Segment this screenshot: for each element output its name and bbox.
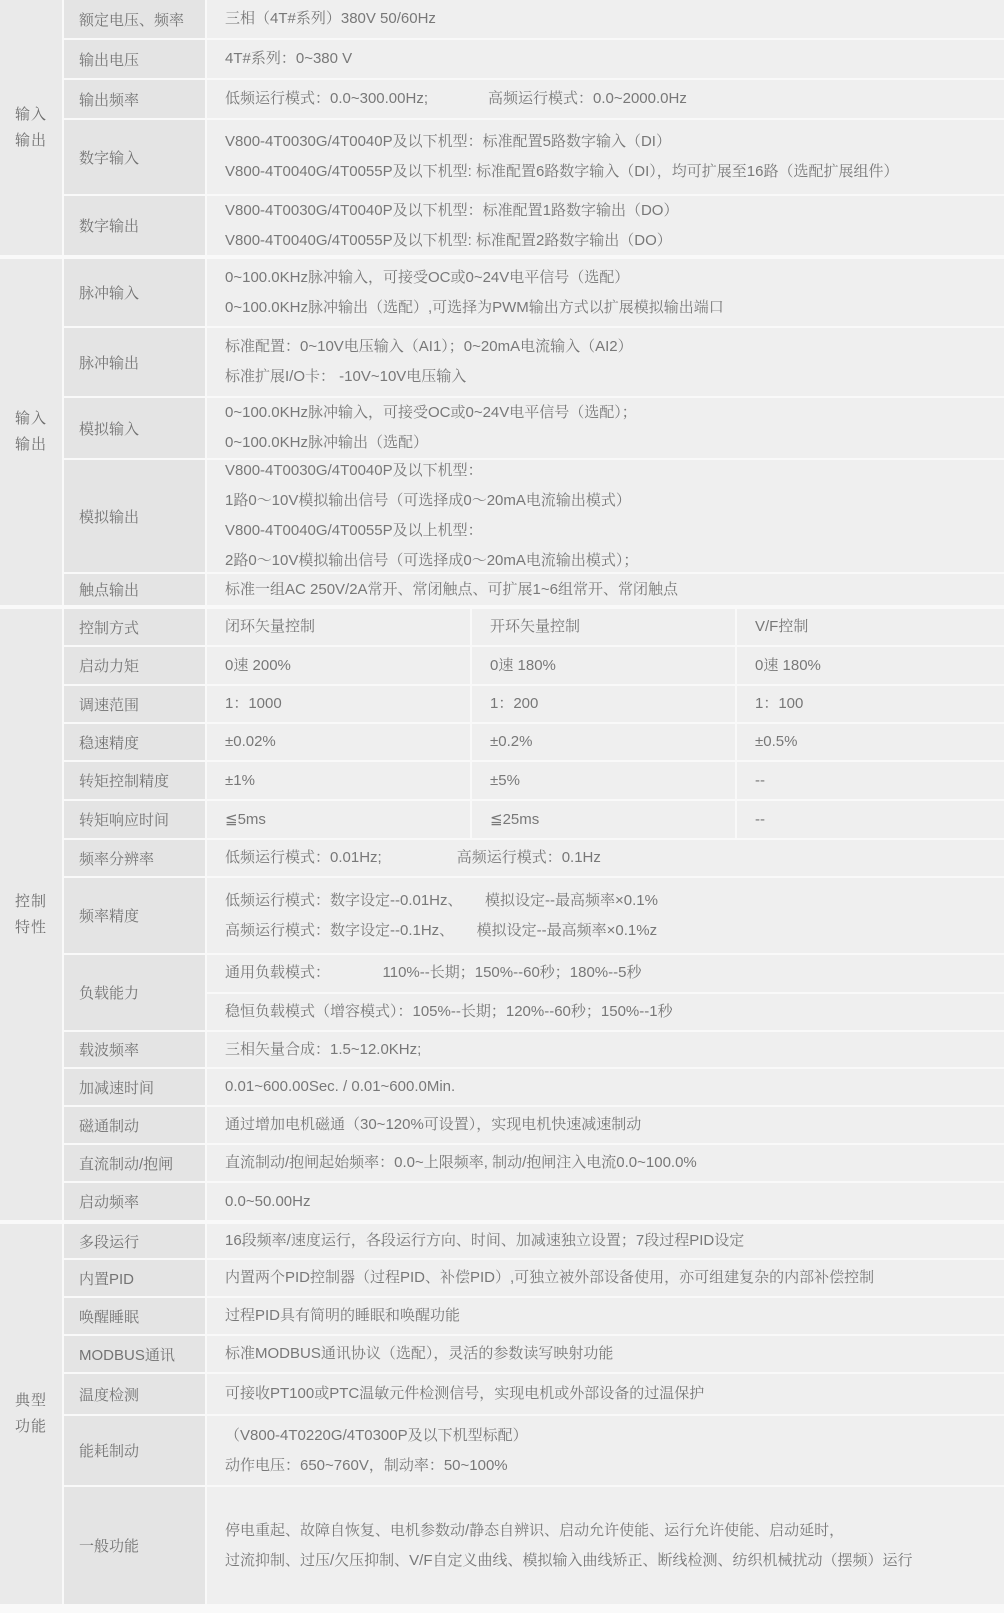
table-row: 调速范围1：10001：2001：100 — [64, 686, 1004, 722]
row-value: 低频运行模式：数字设定--0.01Hz、 模拟设定--最高频率×0.1%高频运行… — [207, 878, 1004, 953]
row-value: 1：1000 — [207, 686, 470, 722]
table-row: 负载能力通用负载模式： 110%--长期；150%--60秒；180%--5秒稳… — [64, 955, 1004, 1030]
row-value: -- — [737, 762, 1004, 799]
row-value: ±1% — [207, 762, 470, 799]
row-label: 转矩响应时间 — [64, 801, 205, 838]
row-label: 控制方式 — [64, 609, 205, 645]
row-value: 通过增加电机磁通（30~120%可设置），实现电机快速减速制动 — [207, 1107, 1004, 1143]
row-label: 输出频率 — [64, 80, 205, 118]
table-row: 温度检测可接收PT100或PTC温敏元件检测信号，实现电机或外部设备的过温保护 — [64, 1374, 1004, 1414]
table-row: 转矩响应时间≦5ms≦25ms-- — [64, 801, 1004, 838]
row-label: 启动频率 — [64, 1183, 205, 1220]
table-row: 内置PID内置两个PID控制器（过程PID、补偿PID）,可独立被外部设备使用，… — [64, 1260, 1004, 1296]
spec-section: 输入输出脉冲输入0~100.0KHz脉冲输入，可接受OC或0~24V电平信号（选… — [0, 259, 1004, 605]
row-label: 调速范围 — [64, 686, 205, 722]
row-label: 直流制动/抱闸 — [64, 1145, 205, 1181]
row-value: 可接收PT100或PTC温敏元件检测信号，实现电机或外部设备的过温保护 — [207, 1374, 1004, 1414]
row-label: 转矩控制精度 — [64, 762, 205, 799]
section-category-label: 控制特性 — [0, 609, 62, 1220]
row-label: 数字输出 — [64, 196, 205, 255]
row-label: 载波频率 — [64, 1032, 205, 1067]
row-value: 16段频率/速度运行，各段运行方向、时间、加减速独立设置；7段过程PID设定 — [207, 1224, 1004, 1258]
row-value: ≦5ms — [207, 801, 470, 838]
row-value: ±5% — [472, 762, 735, 799]
table-row: 额定电压、频率三相（4T#系列）380V 50/60Hz — [64, 0, 1004, 38]
row-value: V/F控制 — [737, 609, 1004, 645]
table-row: 载波频率三相矢量合成：1.5~12.0KHz; — [64, 1032, 1004, 1067]
row-label: MODBUS通讯 — [64, 1336, 205, 1372]
section-rows: 脉冲输入0~100.0KHz脉冲输入，可接受OC或0~24V电平信号（选配）0~… — [64, 259, 1004, 605]
row-label: 磁通制动 — [64, 1107, 205, 1143]
row-value: 0速 180% — [737, 647, 1004, 684]
row-label: 输出电压 — [64, 40, 205, 78]
row-label: 模拟输出 — [64, 460, 205, 572]
row-value: 0.01~600.00Sec. / 0.01~600.0Min. — [207, 1069, 1004, 1105]
row-value: V800-4T0030G/4T0040P及以下机型：标准配置5路数字输入（DI）… — [207, 120, 1004, 194]
row-value: ≦25ms — [472, 801, 735, 838]
row-value: 过程PID具有简明的睡眠和唤醒功能 — [207, 1298, 1004, 1334]
section-rows: 额定电压、频率三相（4T#系列）380V 50/60Hz输出电压4T#系列：0~… — [64, 0, 1004, 255]
table-row: 一般功能停电重起、故障自恢复、电机参数动/静态自辨识、启动允许使能、运行允许使能… — [64, 1487, 1004, 1604]
row-value: 三相矢量合成：1.5~12.0KHz; — [207, 1032, 1004, 1067]
row-label: 温度检测 — [64, 1374, 205, 1414]
spec-section: 输入输出额定电压、频率三相（4T#系列）380V 50/60Hz输出电压4T#系… — [0, 0, 1004, 255]
table-row: 能耗制动（V800-4T0220G/4T0300P及以下机型标配）动作电压：65… — [64, 1416, 1004, 1485]
table-row: 触点输出标准一组AC 250V/2A常开、常闭触点、可扩展1~6组常开、常闭触点 — [64, 574, 1004, 605]
section-category-label: 输入输出 — [0, 259, 62, 605]
table-row: 输出频率低频运行模式：0.0~300.00Hz; 高频运行模式：0.0~2000… — [64, 80, 1004, 118]
row-value: 标准一组AC 250V/2A常开、常闭触点、可扩展1~6组常开、常闭触点 — [207, 574, 1004, 605]
table-row: 启动力矩0速 200%0速 180%0速 180% — [64, 647, 1004, 684]
row-value: 低频运行模式：0.01Hz; 高频运行模式：0.1Hz — [207, 840, 1004, 876]
row-label: 数字输入 — [64, 120, 205, 194]
row-label: 能耗制动 — [64, 1416, 205, 1485]
table-row: 直流制动/抱闸直流制动/抱闸起始频率：0.0~上限频率, 制动/抱闸注入电流0.… — [64, 1145, 1004, 1181]
table-row: 频率精度低频运行模式：数字设定--0.01Hz、 模拟设定--最高频率×0.1%… — [64, 878, 1004, 953]
table-row: 数字输出V800-4T0030G/4T0040P及以下机型：标准配置1路数字输出… — [64, 196, 1004, 255]
table-row: 多段运行16段频率/速度运行，各段运行方向、时间、加减速独立设置；7段过程PID… — [64, 1224, 1004, 1258]
table-row: 启动频率0.0~50.00Hz — [64, 1183, 1004, 1220]
table-row: 控制方式闭环矢量控制开环矢量控制V/F控制 — [64, 609, 1004, 645]
row-label: 频率精度 — [64, 878, 205, 953]
row-value: ±0.2% — [472, 724, 735, 760]
row-value: 稳恒负载模式（增容模式）：105%--长期；120%--60秒；150%--1秒 — [207, 994, 1004, 1031]
table-row: 数字输入V800-4T0030G/4T0040P及以下机型：标准配置5路数字输入… — [64, 120, 1004, 194]
row-value: ±0.02% — [207, 724, 470, 760]
row-value: 0~100.0KHz脉冲输入，可接受OC或0~24V电平信号（选配）0~100.… — [207, 259, 1004, 326]
row-value: -- — [737, 801, 1004, 838]
row-value: 三相（4T#系列）380V 50/60Hz — [207, 0, 1004, 38]
row-value: 直流制动/抱闸起始频率：0.0~上限频率, 制动/抱闸注入电流0.0~100.0… — [207, 1145, 1004, 1181]
row-label: 多段运行 — [64, 1224, 205, 1258]
row-value: ±0.5% — [737, 724, 1004, 760]
row-value: 1：100 — [737, 686, 1004, 722]
row-value: 4T#系列：0~380 V — [207, 40, 1004, 78]
row-label: 内置PID — [64, 1260, 205, 1296]
row-value: 开环矢量控制 — [472, 609, 735, 645]
row-value: （V800-4T0220G/4T0300P及以下机型标配）动作电压：650~76… — [207, 1416, 1004, 1485]
table-row: 频率分辨率低频运行模式：0.01Hz; 高频运行模式：0.1Hz — [64, 840, 1004, 876]
row-label: 脉冲输入 — [64, 259, 205, 326]
section-category-label: 典型功能 — [0, 1224, 62, 1604]
spec-section: 控制特性控制方式闭环矢量控制开环矢量控制V/F控制启动力矩0速 200%0速 1… — [0, 609, 1004, 1220]
row-label: 脉冲输出 — [64, 328, 205, 396]
table-row: 唤醒睡眠过程PID具有简明的睡眠和唤醒功能 — [64, 1298, 1004, 1334]
table-row: 加减速时间0.01~600.00Sec. / 0.01~600.0Min. — [64, 1069, 1004, 1105]
row-value: 0~100.0KHz脉冲输入，可接受OC或0~24V电平信号（选配）；0~100… — [207, 398, 1004, 458]
row-value: 0速 180% — [472, 647, 735, 684]
table-row: 输出电压4T#系列：0~380 V — [64, 40, 1004, 78]
table-row: 转矩控制精度±1%±5%-- — [64, 762, 1004, 799]
row-value: V800-4T0030G/4T0040P及以下机型：标准配置1路数字输出（DO）… — [207, 196, 1004, 255]
row-value: 标准MODBUS通讯协议（选配），灵活的参数读写映射功能 — [207, 1336, 1004, 1372]
row-value-group: 通用负载模式： 110%--长期；150%--60秒；180%--5秒稳恒负载模… — [207, 955, 1004, 1030]
row-label: 启动力矩 — [64, 647, 205, 684]
row-value: 通用负载模式： 110%--长期；150%--60秒；180%--5秒 — [207, 955, 1004, 992]
row-value: 停电重起、故障自恢复、电机参数动/静态自辨识、启动允许使能、运行允许使能、启动延… — [207, 1487, 1004, 1604]
row-label: 额定电压、频率 — [64, 0, 205, 38]
table-row: 磁通制动通过增加电机磁通（30~120%可设置），实现电机快速减速制动 — [64, 1107, 1004, 1143]
table-row: 稳速精度±0.02%±0.2%±0.5% — [64, 724, 1004, 760]
section-rows: 多段运行16段频率/速度运行，各段运行方向、时间、加减速独立设置；7段过程PID… — [64, 1224, 1004, 1604]
row-value: 低频运行模式：0.0~300.00Hz; 高频运行模式：0.0~2000.0Hz — [207, 80, 1004, 118]
row-value: V800-4T0030G/4T0040P及以下机型：1路0～10V模拟输出信号（… — [207, 460, 1004, 572]
row-label: 一般功能 — [64, 1487, 205, 1604]
section-category-label: 输入输出 — [0, 0, 62, 255]
table-row: 模拟输出V800-4T0030G/4T0040P及以下机型：1路0～10V模拟输… — [64, 460, 1004, 572]
row-value: 0速 200% — [207, 647, 470, 684]
row-label: 频率分辨率 — [64, 840, 205, 876]
row-value: 闭环矢量控制 — [207, 609, 470, 645]
row-value: 内置两个PID控制器（过程PID、补偿PID）,可独立被外部设备使用，亦可组建复… — [207, 1260, 1004, 1296]
row-value: 0.0~50.00Hz — [207, 1183, 1004, 1220]
spec-table: 输入输出额定电压、频率三相（4T#系列）380V 50/60Hz输出电压4T#系… — [0, 0, 1004, 1613]
table-row: 脉冲输入0~100.0KHz脉冲输入，可接受OC或0~24V电平信号（选配）0~… — [64, 259, 1004, 326]
row-label: 模拟输入 — [64, 398, 205, 458]
table-row: MODBUS通讯标准MODBUS通讯协议（选配），灵活的参数读写映射功能 — [64, 1336, 1004, 1372]
row-label: 负载能力 — [64, 955, 205, 1030]
row-label: 触点输出 — [64, 574, 205, 605]
row-label: 加减速时间 — [64, 1069, 205, 1105]
section-rows: 控制方式闭环矢量控制开环矢量控制V/F控制启动力矩0速 200%0速 180%0… — [64, 609, 1004, 1220]
row-label: 稳速精度 — [64, 724, 205, 760]
table-row: 脉冲输出标准配置：0~10V电压输入（AI1）；0~20mA电流输入（AI2）标… — [64, 328, 1004, 396]
table-row: 模拟输入0~100.0KHz脉冲输入，可接受OC或0~24V电平信号（选配）；0… — [64, 398, 1004, 458]
row-label: 唤醒睡眠 — [64, 1298, 205, 1334]
spec-section: 典型功能多段运行16段频率/速度运行，各段运行方向、时间、加减速独立设置；7段过… — [0, 1224, 1004, 1604]
row-value: 标准配置：0~10V电压输入（AI1）；0~20mA电流输入（AI2）标准扩展I… — [207, 328, 1004, 396]
row-value: 1：200 — [472, 686, 735, 722]
